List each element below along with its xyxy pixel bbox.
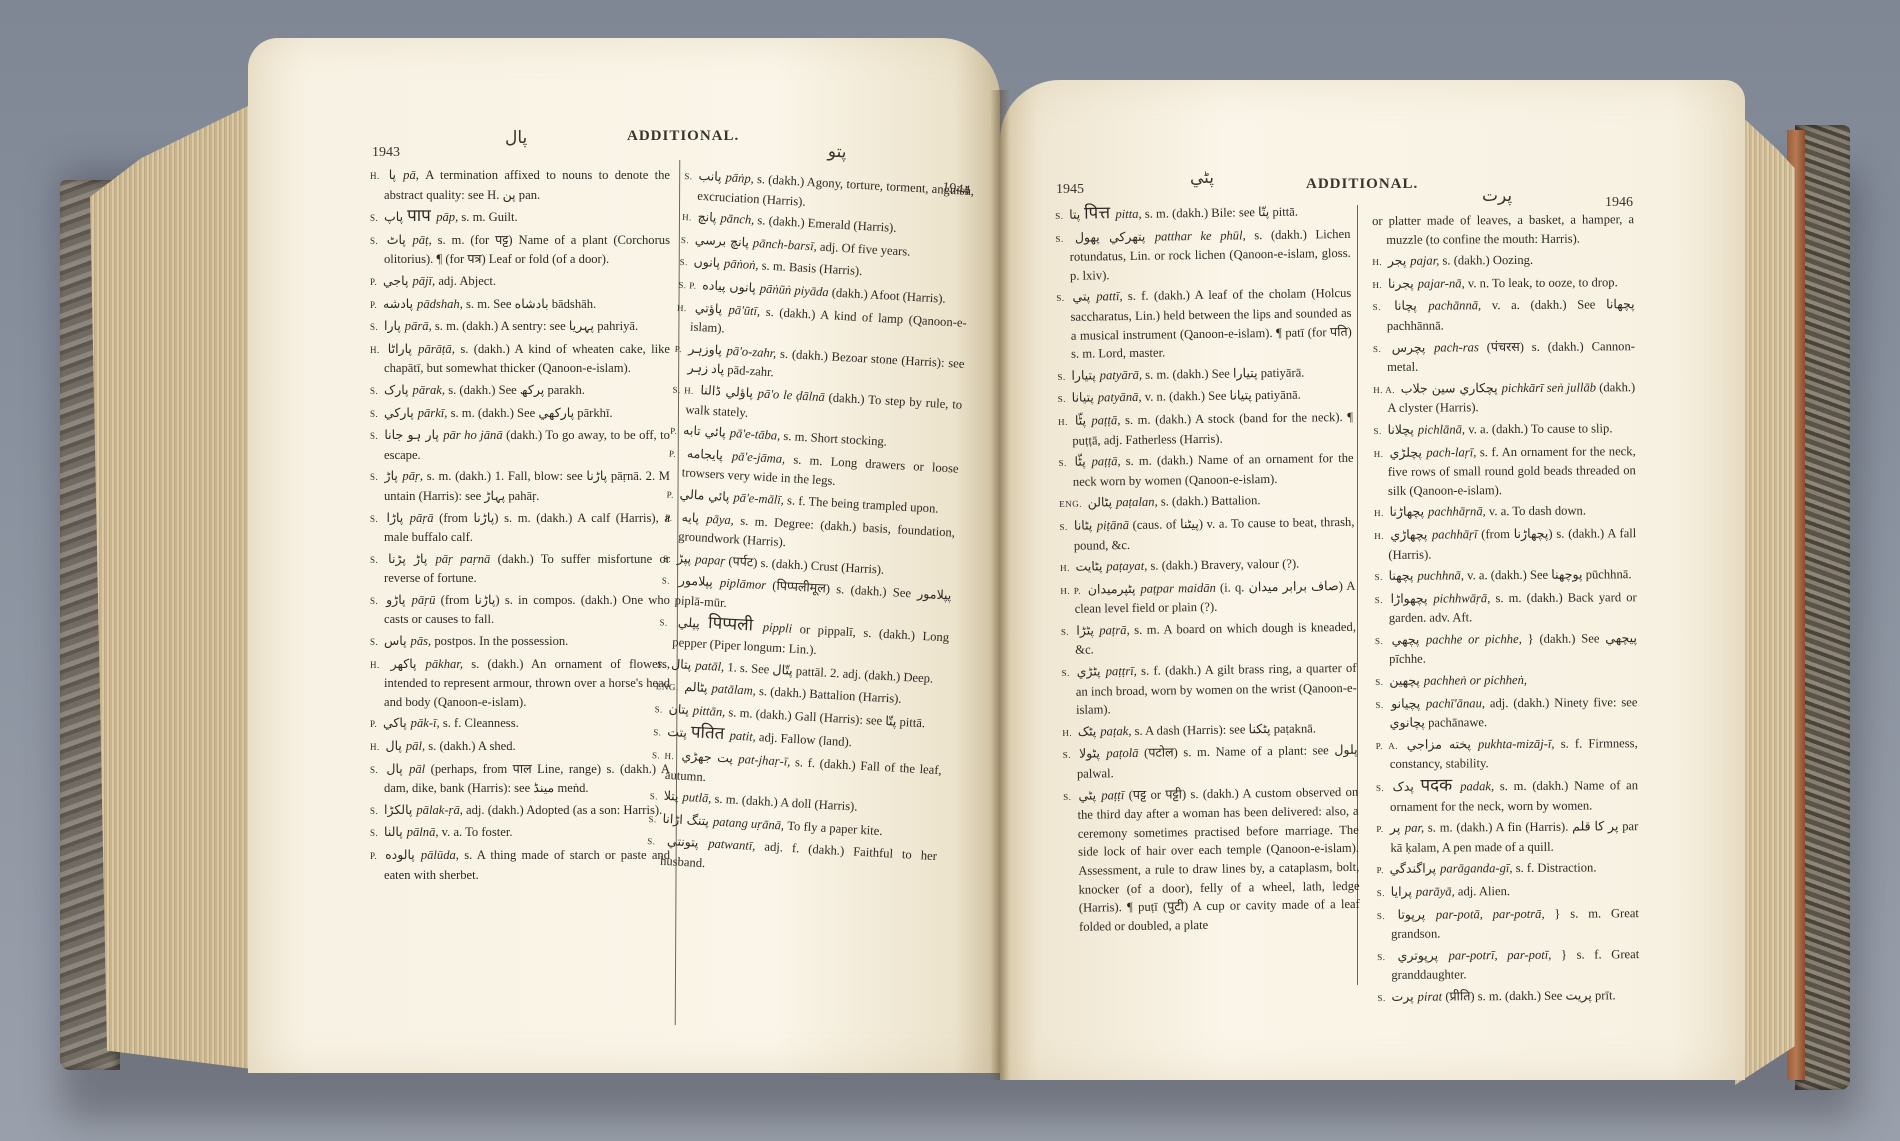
dictionary-entry: H. P. پٹپرميدان paṭpar maidān (i. q. صاف…	[1060, 577, 1356, 619]
entry-headword: pārā,	[405, 319, 435, 333]
entry-headword: puchhnā,	[1417, 568, 1467, 582]
entry-arabic: پٹڑي	[1077, 663, 1106, 678]
entry-definition: adj. Fallow (land).	[759, 730, 853, 749]
entry-arabic: پاڑ	[385, 468, 403, 483]
entry-arabic: پٹّا	[1074, 454, 1091, 469]
entry-headword: pāṛ paṛnā	[435, 552, 497, 566]
entry-tag: S.	[679, 257, 691, 268]
entry-definition: s. (dakh.) See پرکھ parakh.	[448, 383, 585, 397]
dictionary-entry: S. پتي pattī, s. f. (dakh.) A leaf of th…	[1056, 284, 1352, 363]
entry-tag: S.	[1058, 394, 1069, 404]
entry-tag: S.	[1055, 233, 1072, 243]
entry-headword: pār ho jānā	[443, 428, 506, 442]
entry-tag: H.	[1060, 563, 1073, 573]
entry-headword: paṭak,	[1100, 724, 1134, 738]
entry-arabic: پٹي	[1078, 787, 1101, 802]
dictionary-entry: P. پالوده pālūda, s. A thing made of sta…	[370, 846, 670, 884]
entry-tag: S. H.	[672, 385, 697, 396]
entry-tag: S.	[681, 235, 693, 246]
dictionary-entry: P. پراگندگي parāganda-gī, s. f. Distract…	[1377, 859, 1639, 880]
entry-tag: S.	[370, 765, 383, 775]
entry-headword: patyārā,	[1100, 368, 1146, 383]
entry-headword: pāya,	[706, 511, 741, 527]
page-number-1943: 1943	[372, 145, 400, 161]
entry-tag: P.	[370, 277, 380, 287]
entry-arabic: پپلي	[678, 615, 709, 632]
entry-headword: pā'ūtī,	[728, 302, 766, 318]
dictionary-entry: H. پچلڑي pach-laṛī, s. f. An ornament fo…	[1374, 442, 1636, 501]
entry-headword: patit,	[729, 729, 759, 745]
column-1946: or platter made of leaves, a basket, a h…	[1372, 210, 1640, 1010]
dictionary-entry: S. پچيانو pachī'ānau, adj. (dakh.) Ninet…	[1375, 693, 1637, 733]
dictionary-entry: S. پچھي pachhe or pichhe, } (dakh.) See …	[1375, 629, 1637, 669]
entry-tag: P.	[1376, 824, 1387, 834]
entry-arabic: پارکي	[384, 405, 418, 420]
entry-headword: pach-ras	[1434, 340, 1487, 354]
entry-tag: H. A.	[1373, 385, 1398, 395]
entry-definition: adj. (dakh.) Adopted (as a son: Harris).	[466, 803, 662, 817]
entry-headword: pā'e-jāma,	[732, 449, 794, 466]
dictionary-entry: S. پٹانا piṭānā (caus. of پيٹنا) v. a. T…	[1059, 513, 1355, 555]
entry-tag: S.	[370, 828, 381, 838]
entry-tag: P.	[665, 512, 679, 523]
entry-arabic: پچيانو	[1391, 695, 1426, 710]
entry-arabic: پٹڑا	[1076, 622, 1099, 637]
dictionary-entry: S. پچھين pachheṅ or pichheṅ,	[1375, 670, 1637, 691]
dictionary-entry: S. پتھرکي پھول patthar ke phūl, s. (dakh…	[1055, 224, 1351, 285]
entry-arabic: پچلانا	[1387, 422, 1417, 437]
entry-arabic: پادشه	[383, 296, 417, 311]
entry-headword: par-potrī, par-potī,	[1449, 947, 1562, 962]
entry-arabic: پدک	[1393, 779, 1421, 794]
entry-headword: paṭṭī	[1101, 788, 1129, 802]
entry-arabic: پاکھر	[391, 656, 426, 671]
entry-headword: pittān,	[692, 703, 728, 719]
entry-arabic: پانوں پياده	[702, 277, 760, 295]
entry-arabic: پچھنا	[1389, 568, 1418, 583]
entry-tag: S.	[663, 553, 675, 564]
entry-arabic: پچھاڑي	[1390, 526, 1432, 541]
entry-headword: pārkī,	[418, 406, 451, 420]
entry-arabic: پائي تابه	[683, 422, 730, 440]
entry-headword: pāṅoṅ,	[724, 257, 763, 273]
entry-definition: adj. Alien.	[1458, 884, 1510, 898]
entry-tag: S.	[370, 596, 383, 606]
entry-arabic: پجر	[1388, 253, 1411, 268]
entry-definition: s. (dakh.) Bravery, valour (?).	[1150, 557, 1299, 573]
entry-definition: s. f. Cleanness.	[443, 716, 519, 730]
entry-arabic: پچرس	[1392, 339, 1435, 354]
book-gutter	[990, 90, 1010, 1080]
entry-headword: pālnā,	[407, 825, 442, 839]
entry-arabic: پراگندگي	[1390, 861, 1441, 876]
dictionary-entry: P. A. پخته مزاجي pukhta-mizāj-ī, s. f. F…	[1376, 734, 1638, 774]
dictionary-entry: H. پجرنا pajar-nā, v. n. To leak, to ooz…	[1372, 273, 1634, 294]
dictionary-entry: H. پاکھر pākhar, s. (dakh.) An ornament …	[370, 655, 670, 712]
entry-tag: S. H.	[652, 750, 679, 761]
entry-arabic: پتنگ اڑانا	[662, 811, 713, 829]
dictionary-entry: S. پرپوتري par-potrī, par-potī, } s. f. …	[1377, 945, 1639, 985]
entry-arabic: پٹايت	[1075, 558, 1106, 573]
dictionary-entry: S. پچرس pach-ras (पंचरस) s. (dakh.) Cann…	[1373, 337, 1635, 377]
entry-arabic: پجرنا	[1388, 275, 1418, 290]
entry-arabic: پرپوتري	[1398, 947, 1449, 962]
entry-headword: pājī,	[412, 274, 438, 288]
entry-headword: pā'e-tāba,	[729, 426, 783, 443]
entry-arabic: پچھين	[1389, 673, 1424, 688]
entry-headword: paṭrā,	[1099, 623, 1134, 637]
entry-tag: S.	[648, 814, 660, 825]
entry-arabic: پاڑ پڑنا	[388, 551, 435, 566]
entry-tag: S.	[370, 431, 381, 441]
entry-definition: s. m. See بادشاه bādshāh.	[466, 297, 596, 311]
entry-arabic: پاکي	[383, 715, 411, 730]
entry-tag: S.	[1063, 750, 1077, 760]
entry-headword: paṭalan,	[1116, 495, 1161, 510]
entry-tag: S. P.	[678, 280, 700, 291]
entry-devanagari: पित्त	[1084, 203, 1115, 223]
entry-definition: s. m. Basis (Harris).	[761, 259, 862, 279]
entry-tag: S.	[1056, 293, 1069, 303]
entry-arabic: پاوزہر	[688, 340, 727, 357]
entry-tag: S.	[1377, 952, 1395, 962]
entry-arabic: پتان	[668, 701, 693, 717]
entry-arabic: پت جھڑي	[681, 748, 739, 766]
entry-tag: S.	[1377, 910, 1395, 920]
entry-tag: S.	[684, 171, 696, 182]
entry-arabic: پٹانا	[1074, 517, 1097, 532]
entry-tag: S.	[1059, 458, 1072, 468]
dictionary-entry: S. پتا पित्त pitta, s. m. (dakh.) Bile: …	[1055, 201, 1350, 226]
entry-arabic: پتھرکي پھول	[1075, 228, 1155, 244]
entry-definition: s. m. (dakh.) 1. Fall, blow: see پاڑنا p…	[384, 469, 670, 503]
dictionary-entry: S. پدک पदक padak, s. m. (dakh.) Name of …	[1376, 775, 1638, 816]
entry-headword: pichlānā,	[1418, 422, 1468, 436]
entry-headword: paṭṭā,	[1091, 413, 1125, 427]
entry-tag: S.	[1375, 636, 1389, 646]
entry-definition: (प्रीति) s. m. (dakh.) See پريت prīt.	[1445, 988, 1615, 1003]
entry-arabic: پتال	[671, 656, 696, 672]
entry-headword: par-potā, par-potrā,	[1436, 906, 1555, 921]
entry-headword: pāṛū	[412, 593, 441, 607]
entry-headword: pākhar,	[426, 657, 472, 671]
entry-headword: pāṅūṅ piyāda	[759, 281, 832, 299]
entry-headword: pach-laṛī,	[1426, 445, 1480, 459]
entry-headword: pichhwāṛā,	[1433, 591, 1495, 605]
entry-tag: S.	[1061, 668, 1073, 678]
entry-headword: piṭānā	[1097, 518, 1133, 532]
entry-tag: H.	[1372, 280, 1385, 290]
dictionary-entry: H. A. پچکاري سين جلاب pichkārī seṅ jullā…	[1373, 378, 1635, 418]
entry-arabic: پال	[386, 738, 406, 753]
entry-arabic: پاٹ	[387, 232, 413, 247]
entry-headword: patāl,	[695, 658, 728, 674]
entry-headword: parāganda-gī,	[1440, 861, 1516, 876]
entry-headword: patwantī,	[708, 837, 765, 854]
entry-arabic: پتت	[667, 724, 691, 740]
entry-headword: pās,	[411, 634, 435, 648]
entry-tag: S.	[370, 386, 381, 396]
entry-headword: pat-jhaṛ-ī,	[738, 752, 795, 769]
entry-tag: H.	[1374, 531, 1387, 541]
dictionary-entry: P. پاکي pāk-ī, s. f. Cleanness.	[370, 714, 670, 734]
entry-headword: pachhāṛī	[1432, 527, 1481, 541]
entry-headword: putlā,	[682, 790, 715, 806]
dictionary-entry: H. پٹّا paṭṭā, s. m. (dakh.) A stock (ba…	[1058, 408, 1354, 450]
dictionary-entry: H. پٹک paṭak, s. A dash (Harris): see پٹ…	[1062, 719, 1357, 743]
entry-headword: paṭṭrī,	[1106, 664, 1142, 678]
entry-arabic: پائي مالي	[679, 486, 734, 504]
entry-arabic: پرپوتا	[1398, 906, 1436, 921]
entry-headword: pajar-nā,	[1418, 276, 1468, 290]
entry-tag: H.	[1374, 508, 1387, 518]
dictionary-entry: S. پرپوتا par-potā, par-potrā, } s. m. G…	[1377, 904, 1639, 944]
entry-tag: S.	[370, 322, 381, 332]
entry-tag: S.	[370, 637, 381, 647]
entry-headword: pāṛ,	[402, 469, 426, 483]
entry-definition: s. f. Distraction.	[1516, 861, 1597, 876]
dictionary-entry: P. پاجي pājī, adj. Abject.	[370, 272, 670, 292]
entry-tag: S.	[653, 728, 665, 739]
entry-definition: s. m. (dakh.) A fin (Harris). پر کا قلم …	[1390, 819, 1638, 854]
entry-arabic: پٹالم	[684, 679, 712, 695]
entry-arabic: پاس	[384, 633, 411, 648]
dictionary-entry: S. پاڑو pāṛū (from پاڑنا) s. in compos. …	[370, 591, 670, 629]
entry-definition: s. m. (dakh.) Bile: see پتّا pittā.	[1145, 205, 1298, 221]
dictionary-entry: S. پٹڑا paṭrā, s. m. A board on which do…	[1061, 618, 1357, 660]
entry-headword: padak,	[1460, 779, 1500, 793]
entry-tag: S.	[659, 618, 675, 629]
entry-arabic: پٹّا	[1075, 412, 1092, 427]
entry-arabic: پايه	[681, 509, 707, 525]
dictionary-entry: S. پچھواڑا pichhwāṛā, s. m. (dakh.) Back…	[1375, 588, 1637, 628]
catchword-left: پال	[505, 128, 527, 148]
entry-headword: pachhāṛnā,	[1428, 505, 1489, 519]
entry-definition: s. m. (dakh.) A doll (Harris).	[714, 792, 858, 814]
dictionary-entry: ENG. پٹالن paṭalan, s. (dakh.) Battalion…	[1059, 490, 1354, 514]
entry-headword: pānch,	[720, 211, 758, 227]
entry-arabic: پرايا	[1391, 884, 1416, 899]
entry-tag: S.	[649, 791, 661, 802]
entry-tag: S.	[370, 806, 381, 816]
dictionary-entry: S. پاپ पाप pāp, s. m. Guilt.	[370, 207, 670, 228]
entry-arabic: پالکڑا	[384, 802, 416, 817]
entry-arabic: پا	[389, 167, 403, 182]
entry-definition: (पर्पट) s. (dakh.) Crust (Harris).	[728, 554, 885, 577]
entry-arabic: پتلا	[663, 788, 683, 804]
entry-tag: S.	[1373, 343, 1389, 353]
entry-arabic: پال	[386, 761, 409, 776]
dictionary-entry: H. پچھاڑي pachhāṛī (from پچھاڑنا) s. (da…	[1374, 524, 1636, 564]
entry-arabic: پاراٹا	[388, 341, 418, 356]
entry-tag: S.	[1373, 426, 1384, 436]
entry-headword: pāṭ,	[413, 233, 438, 247]
entry-headword: pārak,	[413, 383, 449, 397]
running-title-left: ADDITIONAL.	[627, 128, 739, 145]
entry-tag: P.	[370, 851, 382, 861]
dictionary-entry: S. پچانا pachānnā, v. a. (dakh.) See پچھ…	[1373, 296, 1635, 336]
entry-headword: pichkārī seṅ jullāb	[1502, 380, 1600, 395]
entry-definition: postpos. In the possession.	[434, 634, 568, 648]
entry-arabic: پانچ برسي	[695, 231, 754, 249]
entry-headword: pāk-ī,	[411, 716, 443, 730]
entry-definition: s. A dash (Harris): see پٹکنا paṭaknā.	[1134, 721, 1316, 738]
entry-headword: pālak-ṛā,	[416, 803, 466, 817]
entry-devanagari: पाप	[407, 206, 436, 226]
entry-tag: P.	[370, 300, 380, 310]
entry-headword: pachī'ānau,	[1426, 696, 1490, 710]
entry-definition: To fly a paper kite.	[787, 819, 883, 838]
dictionary-entry: S. پاس pās, postpos. In the possession.	[370, 632, 670, 652]
entry-headword: pāp,	[436, 210, 461, 224]
entry-tag: H.	[1062, 728, 1075, 738]
entry-arabic: پچھاڑنا	[1390, 504, 1429, 519]
entry-tag: ENG.	[656, 681, 682, 692]
entry-headword: pachheṅ or pichheṅ,	[1424, 673, 1527, 688]
entry-arabic: پاؤتي	[695, 299, 729, 316]
entry-definition: A termination affixed to nouns to denote…	[384, 168, 670, 202]
entry-devanagari: पदक	[1420, 775, 1460, 795]
dictionary-entry: S. پتيانا patyānā, v. n. (dakh.) See پتي…	[1058, 385, 1353, 409]
entry-arabic: پالنا	[384, 824, 407, 839]
dictionary-entry: S. پال pāl (perhaps, from पाल Line, rang…	[370, 760, 670, 798]
entry-arabic: پچکاري سين جلاب	[1401, 380, 1502, 396]
entry-headword: patālam,	[711, 682, 759, 699]
entry-definition: v. n. (dakh.) See پتيانا patiyānā.	[1145, 388, 1301, 404]
entry-arabic: پپلامور	[679, 573, 721, 590]
entry-tag: S.	[370, 213, 381, 223]
entry-headword: parāyā,	[1416, 884, 1458, 898]
entry-tag: S.	[1057, 372, 1068, 382]
entry-definition: (पट्ट or पट्टी) s. (dakh.) A custom obse…	[1077, 784, 1359, 933]
entry-definition: s. m. (dakh.) See پتيارا patiyārā.	[1145, 365, 1304, 381]
entry-tag: P.	[666, 489, 677, 500]
entry-tag: S.	[1377, 888, 1388, 898]
dictionary-entry: H. پجر pajar, s. (dakh.) Oozing.	[1372, 250, 1634, 271]
entry-arabic: پچھواڑا	[1391, 590, 1434, 605]
entry-tag: P.	[670, 426, 681, 437]
entry-headword: pā'e-mālī,	[733, 490, 787, 507]
entry-tag: S.	[1063, 791, 1075, 801]
entry-arabic: پچھي	[1392, 632, 1426, 647]
entry-headword: pānch-barsī,	[753, 236, 821, 254]
column-1943: H. پا pā, A termination affixed to nouns…	[370, 166, 670, 887]
entry-tag: S.	[1061, 627, 1073, 637]
entry-headword: pattī,	[1096, 289, 1128, 303]
entry-headword: pādshah,	[417, 297, 466, 311]
dictionary-entry: S. پار ہو جانا pār ho jānā (dakh.) To go…	[370, 426, 670, 464]
dictionary-entry: S. پتيارا patyārā, s. m. (dakh.) See پتي…	[1057, 363, 1352, 387]
entry-arabic: پاڑو	[386, 592, 411, 607]
dictionary-entry: or platter made of leaves, a basket, a h…	[1372, 210, 1634, 249]
entry-headword: par,	[1405, 821, 1428, 835]
dictionary-entry: S. پٹڑي paṭṭrī, s. f. (dakh.) A gilt bra…	[1061, 659, 1357, 720]
entry-headword: pajar,	[1410, 254, 1442, 268]
entry-headword: pā'o le ḍālnā	[757, 386, 829, 404]
entry-tag: H.	[1374, 448, 1387, 458]
page-block-left	[90, 100, 260, 1070]
entry-tag: S.	[1375, 700, 1388, 710]
entry-headword: pālūda,	[421, 848, 464, 862]
column-1944: S. پانب pāṅp, s. (dakh.) Agony, torture,…	[646, 166, 975, 889]
entry-arabic: پانب	[698, 168, 726, 184]
entry-arabic: پاپ	[384, 209, 407, 224]
entry-headword: pā'o-zahr,	[726, 343, 780, 360]
entry-definition: v. a. (dakh.) To cause to slip.	[1468, 421, 1612, 436]
dictionary-entry: S. پٹولا paṭolā (पटोल) s. m. Name of a p…	[1063, 741, 1359, 783]
page-number-1945: 1945	[1056, 182, 1084, 198]
entry-arabic: پٹپرميدان	[1088, 581, 1141, 597]
entry-headword: paṭṭā,	[1091, 454, 1125, 468]
entry-definition: s. f. The being trampled upon.	[787, 493, 939, 515]
entry-tag: S.	[1373, 302, 1392, 312]
entry-tag: H.	[1372, 257, 1385, 267]
entry-headword: pukhta-mizāj-ī,	[1478, 737, 1561, 752]
entry-tag: S.	[662, 576, 677, 587]
entry-tag: S.	[1055, 211, 1066, 221]
entry-arabic: پتا	[1069, 207, 1084, 222]
entry-tag: H.	[370, 171, 386, 181]
dictionary-entry: S. پٹي paṭṭī (पट्ट or पट्टी) s. (dakh.) …	[1063, 782, 1360, 936]
entry-definition: s. m. Guilt.	[461, 210, 517, 224]
column-1945: S. پتا पित्त pitta, s. m. (dakh.) Bile: …	[1055, 201, 1360, 939]
entry-tag: H.	[682, 212, 695, 223]
entry-definition: or platter made of leaves, a basket, a h…	[1372, 212, 1634, 246]
entry-headword: pārāṭā,	[418, 342, 460, 356]
entry-tag: H.	[370, 742, 383, 752]
entry-arabic: پخته مزاجي	[1407, 736, 1478, 751]
entry-definition: v. a. To dash down.	[1489, 504, 1586, 519]
entry-definition: s. (dakh.) Emerald (Harris).	[757, 213, 897, 235]
entry-definition: adj. Abject.	[438, 274, 496, 288]
entry-tag: S.	[370, 472, 382, 482]
entry-arabic: پالوده	[385, 847, 421, 862]
dictionary-entry: H. پا pā, A termination affixed to nouns…	[370, 166, 670, 204]
entry-headword: pāṅp,	[725, 170, 757, 186]
dictionary-entry: S. پاڑ pāṛ, s. m. (dakh.) 1. Fall, blow:…	[370, 467, 670, 505]
entry-headword: pāl,	[406, 739, 428, 753]
running-title-right: ADDITIONAL.	[1306, 176, 1418, 193]
entry-tag: S.	[1375, 677, 1386, 687]
dictionary-entry: H. پٹايت paṭayat, s. (dakh.) Bravery, va…	[1060, 554, 1355, 578]
entry-arabic: پچانا	[1394, 298, 1428, 313]
entry-arabic: پچلڑي	[1390, 444, 1427, 459]
entry-tag: H. P.	[1060, 585, 1085, 595]
entry-definition: v. n. To leak, to ooze, to drop.	[1468, 275, 1618, 290]
entry-definition: v. a. To foster.	[442, 825, 513, 839]
entry-arabic: پتيانا	[1072, 390, 1098, 405]
entry-tag: P. A.	[1376, 741, 1404, 751]
dictionary-entry: S. پارکي pārkī, s. m. (dakh.) See پارکھي…	[370, 404, 670, 424]
dictionary-entry: S. پارک pārak, s. (dakh.) See پرکھ parak…	[370, 381, 670, 401]
catchword-left-second: پتو	[827, 141, 847, 162]
entry-arabic: پٹک	[1078, 723, 1101, 738]
entry-definition: v. a. (dakh.) See پوچھنا pūchhnā.	[1467, 567, 1631, 582]
entry-definition: s. m. (dakh.) A sentry: see پہريا pahriy…	[435, 319, 638, 333]
entry-arabic: پر	[1390, 820, 1405, 835]
entry-tag: S.	[370, 236, 384, 246]
entry-tag: P.	[370, 719, 380, 729]
entry-arabic: پٹالن	[1088, 494, 1117, 509]
entry-arabic: پايجامه	[687, 445, 733, 462]
entry-arabic: پانچ	[697, 209, 721, 225]
entry-tag: P.	[669, 448, 685, 459]
dictionary-entry: S. پالنا pālnā, v. a. To foster.	[370, 823, 670, 843]
entry-tag: H.	[1058, 417, 1072, 427]
dictionary-entry: S. پاٹ pāṭ, s. m. (for पट्ट) Name of a p…	[370, 231, 670, 269]
dictionary-entry: S. پٹّا paṭṭā, s. m. (dakh.) Name of an …	[1058, 449, 1354, 491]
entry-definition: s. (dakh.) A shed.	[428, 739, 515, 753]
